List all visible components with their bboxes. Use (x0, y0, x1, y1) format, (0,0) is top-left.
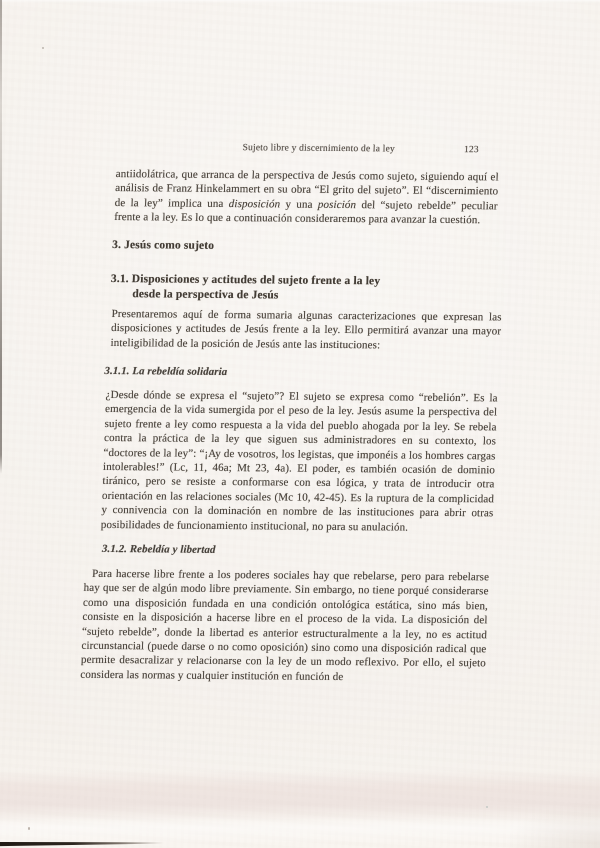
scan-artifact-left-edge-line (0, 0, 2, 474)
subsection-heading-3-1-2: 3.1.2. Rebeldía y libertad (102, 542, 489, 560)
running-title: Sujeto libre y discernimiento de la ley (242, 141, 395, 157)
section-heading-3-1-line1: 3.1. Disposiciones y actitudes del sujet… (111, 272, 381, 286)
page-number: 123 (464, 143, 479, 158)
scan-artifact-top-edge (0, 0, 600, 3)
section-heading-3: 3. Jesús como sujeto (112, 238, 499, 256)
scan-speck (486, 806, 488, 808)
scan-artifact-corner-shadow (460, 778, 600, 848)
running-header: Sujeto libre y discernimiento de la ley … (112, 140, 502, 155)
scanned-book-page: Sujeto libre y discernimiento de la ley … (0, 0, 600, 848)
paragraph-continuation: antiidolátrica, que arranca de la perspe… (114, 167, 499, 228)
section-heading-3-1: 3.1. Disposiciones y actitudes del sujet… (110, 271, 497, 305)
scan-speck (42, 47, 44, 49)
paragraph-rebeldia-solidaria: ¿Desde dónde se expresa el “sujeto”? El … (101, 388, 498, 535)
subsection-heading-3-1-1: 3.1.1. La rebeldía solidaria (104, 364, 491, 382)
section-heading-3-1-line2: desde la perspectiva de Jesús (110, 287, 497, 306)
page-text-block: Sujeto libre y discernimiento de la ley … (87, 140, 502, 833)
paragraph-section-3-1-intro: Presentaremos aquí de forma sumaria algu… (110, 307, 502, 354)
scan-speck (28, 827, 30, 830)
paragraph-rebeldia-libertad: Para hacerse libre frente a los poderes … (80, 567, 489, 686)
